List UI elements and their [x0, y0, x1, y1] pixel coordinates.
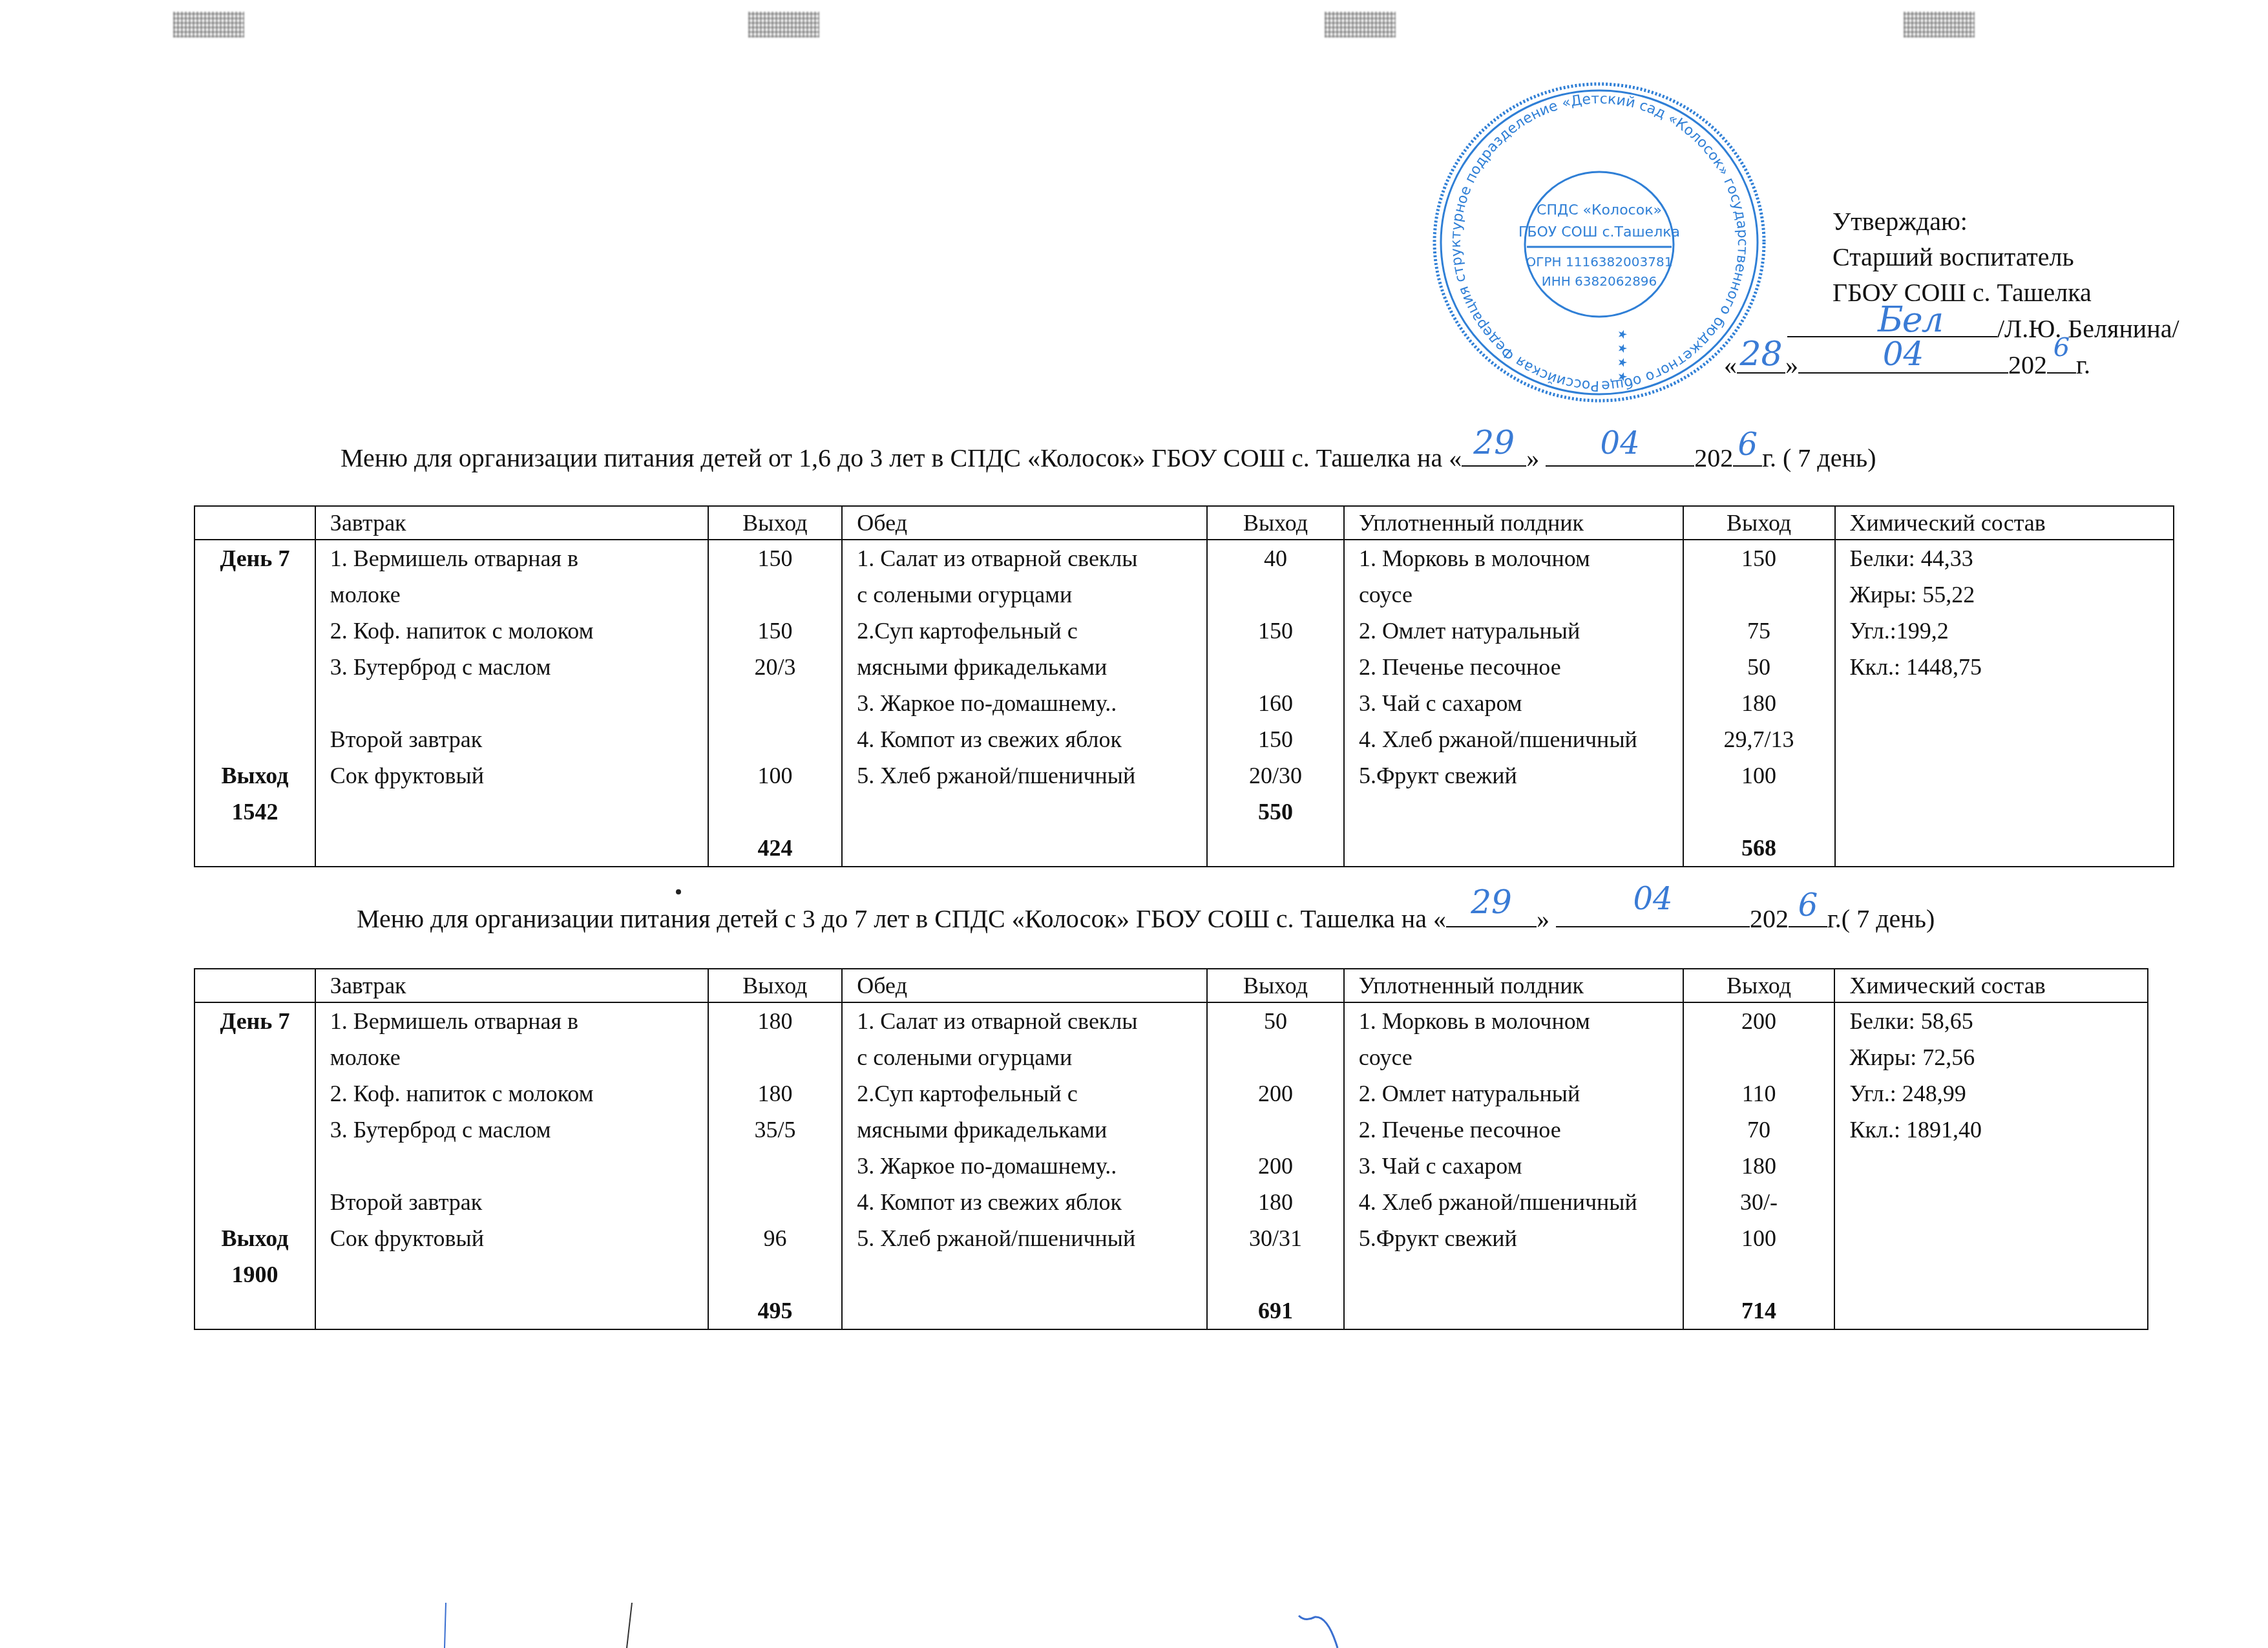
cell-line: Ккл.: 1891,40	[1849, 1112, 2147, 1148]
cell-line: 2. Коф. напиток с молоком	[330, 1075, 708, 1112]
menu1-month-blank: 04	[1546, 439, 1694, 467]
day-label: День 7	[195, 1003, 315, 1039]
cell-line: с солеными огурцами	[857, 1039, 1206, 1075]
cell-line: 1. Морковь в молочном	[1359, 1003, 1683, 1039]
breakfast-outputs: 150 15020/3 100 424	[708, 540, 843, 867]
handwritten-signature: Бел	[1878, 302, 1942, 337]
day-cell: День 7 Выход 1900	[194, 1002, 315, 1329]
cell-line	[709, 1184, 842, 1220]
scan-artifact	[1904, 12, 1975, 37]
menu-table-1: Завтрак Выход Обед Выход Уплотненный пол…	[194, 505, 2174, 867]
cell-line: 495	[709, 1293, 842, 1329]
cell-line: 150	[1208, 613, 1343, 649]
snack-outputs: 150 755018029,7/13100 568	[1683, 540, 1835, 867]
cell-line: 20/30	[1208, 757, 1343, 794]
cell-line	[857, 794, 1206, 830]
cell-line: 1. Салат из отварной свеклы	[857, 540, 1206, 576]
cell-line	[1359, 1293, 1683, 1329]
lunch-outputs: 50 200 20018030/31 691	[1207, 1002, 1344, 1329]
cell-line: Угл.: 248,99	[1849, 1075, 2147, 1112]
cell-line: 160	[1208, 685, 1343, 721]
cell-line	[857, 830, 1206, 866]
cell-line: 180	[709, 1075, 842, 1112]
cell-line	[1208, 576, 1343, 613]
cell-line: Сок фруктовый	[330, 1220, 708, 1256]
stamp-stars: ★ ★ ★ ★	[1615, 329, 1629, 382]
cell-line	[1359, 794, 1683, 830]
cell-line	[1208, 830, 1343, 866]
cell-line: 150	[1208, 721, 1343, 757]
cell-line	[330, 830, 708, 866]
stamp-line-4: ИНН 6382062896	[1542, 273, 1657, 289]
cell-line	[1208, 1112, 1343, 1148]
cell-line: 3. Чай с сахаром	[1359, 1148, 1683, 1184]
cell-line	[857, 1293, 1206, 1329]
table-header-row: Завтрак Выход Обед Выход Уплотненный пол…	[194, 506, 2174, 540]
stamp-line-2: ГБОУ СОШ с.Ташелка	[1518, 224, 1680, 240]
scan-artifact	[1325, 12, 1396, 37]
lunch-outputs: 40 150 16015020/30550	[1207, 540, 1344, 867]
breakfast-items: 1. Вермишель отварная вмолоке2. Коф. нап…	[315, 1002, 708, 1329]
header-lunch: Обед	[842, 506, 1207, 540]
menu-title-2: Меню для организации питания детей с 3 д…	[357, 900, 1935, 934]
cell-line: 5. Хлеб ржаной/пшеничный	[857, 757, 1206, 794]
cell-line: 50	[1684, 649, 1834, 685]
header-breakfast-output: Выход	[708, 969, 843, 1002]
header-snack-output: Выход	[1683, 969, 1835, 1002]
approval-month-blank: 04	[1798, 346, 2008, 374]
handwritten-day: 28	[1739, 337, 1782, 372]
approval-block: Утверждаю: Старший воспитатель ГБОУ СОШ …	[1832, 204, 2179, 383]
cell-line: 200	[1684, 1003, 1834, 1039]
approval-position: Старший воспитатель	[1832, 239, 2179, 275]
cell-line: 150	[709, 540, 842, 576]
table-row: День 7 Выход 1900 1. Вермишель отварная …	[194, 1002, 2148, 1329]
cell-line: 200	[1208, 1075, 1343, 1112]
cell-line: 2. Коф. напиток с молоком	[330, 613, 708, 649]
cell-line: 4. Компот из свежих яблок	[857, 721, 1206, 757]
cell-line: Жиры: 55,22	[1850, 576, 2174, 613]
total-label: Выход	[195, 1220, 315, 1256]
stamp-line-3: ОГРН 1116382003781	[1526, 254, 1673, 269]
chemistry-values: Белки: 58,65Жиры: 72,56Угл.: 248,99Ккл.:…	[1834, 1002, 2148, 1329]
cell-line	[1359, 1256, 1683, 1293]
total-value: 1542	[195, 794, 315, 830]
cell-line: 29,7/13	[1684, 721, 1834, 757]
cell-line: Второй завтрак	[330, 721, 708, 757]
handwritten-day: 29	[1471, 883, 1512, 921]
cell-line: 2. Омлет натуральный	[1359, 613, 1683, 649]
cell-line: 35/5	[709, 1112, 842, 1148]
cell-line: 2.Суп картофельный с	[857, 1075, 1206, 1112]
cell-line	[1684, 576, 1834, 613]
cell-line: 3. Жаркое по-домашнему..	[857, 1148, 1206, 1184]
cell-line	[1208, 649, 1343, 685]
cell-line: 1. Салат из отварной свеклы	[857, 1003, 1206, 1039]
cell-line	[330, 685, 708, 721]
cell-line: с солеными огурцами	[857, 576, 1206, 613]
menu2-year-blank: 6	[1789, 900, 1827, 927]
cell-line: 2. Печенье песочное	[1359, 1112, 1683, 1148]
menu-title-1: Меню для организации питания детей от 1,…	[341, 439, 1876, 473]
scan-speck	[676, 889, 681, 894]
cell-line	[330, 794, 708, 830]
cell-line: 100	[1684, 757, 1834, 794]
cell-line: 30/31	[1208, 1220, 1343, 1256]
table-header-row: Завтрак Выход Обед Выход Уплотненный пол…	[194, 969, 2148, 1002]
header-snack: Уплотненный полдник	[1344, 969, 1683, 1002]
handwritten-year: 6	[2053, 330, 2070, 366]
cell-line: 568	[1684, 830, 1834, 866]
header-snack-output: Выход	[1683, 506, 1835, 540]
cell-line	[1684, 1256, 1834, 1293]
breakfast-outputs: 180 18035/5 96 495	[708, 1002, 843, 1329]
cell-line: 2.Суп картофельный с	[857, 613, 1206, 649]
cell-line: 5.Фрукт свежий	[1359, 757, 1683, 794]
menu2-day-blank: 29	[1446, 900, 1537, 927]
handwritten-month: 04	[1633, 881, 1672, 917]
header-breakfast: Завтрак	[315, 969, 708, 1002]
cell-line: 180	[709, 1003, 842, 1039]
cell-line: 180	[1684, 685, 1834, 721]
cell-line	[709, 1039, 842, 1075]
chemistry-values: Белки: 44,33Жиры: 55,22Угл.:199,2Ккл.: 1…	[1835, 540, 2174, 867]
header-lunch: Обед	[842, 969, 1207, 1002]
cell-line: 4. Хлеб ржаной/пшеничный	[1359, 721, 1683, 757]
scan-artifact	[748, 12, 819, 37]
cell-line: 75	[1684, 613, 1834, 649]
menu-table-2: Завтрак Выход Обед Выход Уплотненный пол…	[194, 968, 2148, 1330]
snack-items: 1. Морковь в молочномсоусе2. Омлет натур…	[1344, 1002, 1683, 1329]
signer-name: /Л.Ю. Белянина/	[1997, 314, 2179, 343]
cell-line: 96	[709, 1220, 842, 1256]
cell-line	[1684, 794, 1834, 830]
handwritten-year: 6	[1798, 887, 1818, 924]
handwritten-month: 04	[1601, 425, 1640, 461]
day-cell: День 7 Выход 1542	[194, 540, 315, 867]
cell-line: Белки: 44,33	[1850, 540, 2174, 576]
scan-artifact	[173, 12, 244, 37]
cell-line	[709, 721, 842, 757]
cell-line	[330, 1256, 708, 1293]
snack-items: 1. Морковь в молочномсоусе2. Омлет натур…	[1344, 540, 1683, 867]
header-day	[194, 506, 315, 540]
cell-line: 3. Чай с сахаром	[1359, 685, 1683, 721]
cell-line: 4. Хлеб ржаной/пшеничный	[1359, 1184, 1683, 1220]
cell-line: 2. Печенье песочное	[1359, 649, 1683, 685]
cell-line	[1359, 830, 1683, 866]
cell-line: 4. Компот из свежих яблок	[857, 1184, 1206, 1220]
approval-heading: Утверждаю:	[1832, 204, 2179, 239]
menu2-month-blank: 04	[1556, 900, 1750, 927]
approval-day-blank: 28	[1737, 346, 1785, 374]
breakfast-items: 1. Вермишель отварная вмолоке2. Коф. нап…	[315, 540, 708, 867]
cell-line: мясными фрикадельками	[857, 649, 1206, 685]
cell-line: 150	[1684, 540, 1834, 576]
cell-line: 110	[1684, 1075, 1834, 1112]
lunch-items: 1. Салат из отварной свеклыс солеными ог…	[842, 540, 1207, 867]
cell-line	[857, 1256, 1206, 1293]
cell-line	[709, 1256, 842, 1293]
cell-line: Угл.:199,2	[1850, 613, 2174, 649]
header-lunch-output: Выход	[1207, 969, 1344, 1002]
cell-line: 50	[1208, 1003, 1343, 1039]
total-value: 1900	[195, 1256, 315, 1293]
cell-line: Белки: 58,65	[1849, 1003, 2147, 1039]
cell-line: 40	[1208, 540, 1343, 576]
cell-line: 5. Хлеб ржаной/пшеничный	[857, 1220, 1206, 1256]
cell-line	[1208, 1039, 1343, 1075]
stamp-line-1: СПДС «Колосок»	[1537, 202, 1662, 218]
cell-line: Второй завтрак	[330, 1184, 708, 1220]
cell-line	[330, 1148, 708, 1184]
cell-line	[709, 1148, 842, 1184]
snack-outputs: 200 1107018030/-100 714	[1683, 1002, 1835, 1329]
cell-line: 2. Омлет натуральный	[1359, 1075, 1683, 1112]
cell-line: 3. Жаркое по-домашнему..	[857, 685, 1206, 721]
header-chemistry: Химический состав	[1835, 506, 2174, 540]
cell-line: 30/-	[1684, 1184, 1834, 1220]
cell-line: 550	[1208, 794, 1343, 830]
cell-line: 100	[1684, 1220, 1834, 1256]
cell-line	[709, 794, 842, 830]
approval-year-blank: 6	[2047, 346, 2076, 374]
cell-line: 424	[709, 830, 842, 866]
cell-line: Ккл.: 1448,75	[1850, 649, 2174, 685]
cell-line	[330, 1293, 708, 1329]
cell-line: мясными фрикадельками	[857, 1112, 1206, 1148]
cell-line: 200	[1208, 1148, 1343, 1184]
cell-line: 70	[1684, 1112, 1834, 1148]
cell-line: 3. Бутерброд с маслом	[330, 649, 708, 685]
cell-line: 1. Морковь в молочном	[1359, 540, 1683, 576]
cell-line: 180	[1684, 1148, 1834, 1184]
cell-line: соусе	[1359, 576, 1683, 613]
header-lunch-output: Выход	[1207, 506, 1344, 540]
menu1-year-blank: 6	[1733, 439, 1762, 467]
header-breakfast: Завтрак	[315, 506, 708, 540]
cell-line: Сок фруктовый	[330, 757, 708, 794]
handwritten-day: 29	[1473, 424, 1515, 461]
cell-line: молоке	[330, 1039, 708, 1075]
cell-line: 20/3	[709, 649, 842, 685]
total-label: Выход	[195, 757, 315, 794]
header-chemistry: Химический состав	[1834, 969, 2148, 1002]
cell-line: 180	[1208, 1184, 1343, 1220]
pen-marks	[439, 1603, 1473, 1648]
cell-line: 1. Вермишель отварная в	[330, 1003, 708, 1039]
cell-line: 714	[1684, 1293, 1834, 1329]
handwritten-year: 6	[1738, 427, 1758, 463]
approval-date-line: «28»042026г.	[1724, 346, 2179, 383]
header-breakfast-output: Выход	[708, 506, 843, 540]
cell-line: Жиры: 72,56	[1849, 1039, 2147, 1075]
cell-line: 1. Вермишель отварная в	[330, 540, 708, 576]
cell-line: 5.Фрукт свежий	[1359, 1220, 1683, 1256]
table-row: День 7 Выход 1542 1. Вермишель отварная …	[194, 540, 2174, 867]
handwritten-month: 04	[1883, 337, 1924, 372]
menu1-day-blank: 29	[1462, 439, 1526, 467]
cell-line	[709, 685, 842, 721]
signature-blank: Бел	[1787, 310, 1997, 337]
cell-line: 691	[1208, 1293, 1343, 1329]
cell-line: молоке	[330, 576, 708, 613]
cell-line: соусе	[1359, 1039, 1683, 1075]
day-label: День 7	[195, 540, 315, 576]
cell-line: 150	[709, 613, 842, 649]
header-snack: Уплотненный полдник	[1344, 506, 1683, 540]
cell-line	[1208, 1256, 1343, 1293]
lunch-items: 1. Салат из отварной свеклыс солеными ог…	[842, 1002, 1207, 1329]
cell-line: 100	[709, 757, 842, 794]
header-day	[194, 969, 315, 1002]
cell-line	[709, 576, 842, 613]
cell-line: 3. Бутерброд с маслом	[330, 1112, 708, 1148]
cell-line	[1684, 1039, 1834, 1075]
approval-signature-line: Бел /Л.Ю. Белянина/	[1787, 310, 2179, 346]
